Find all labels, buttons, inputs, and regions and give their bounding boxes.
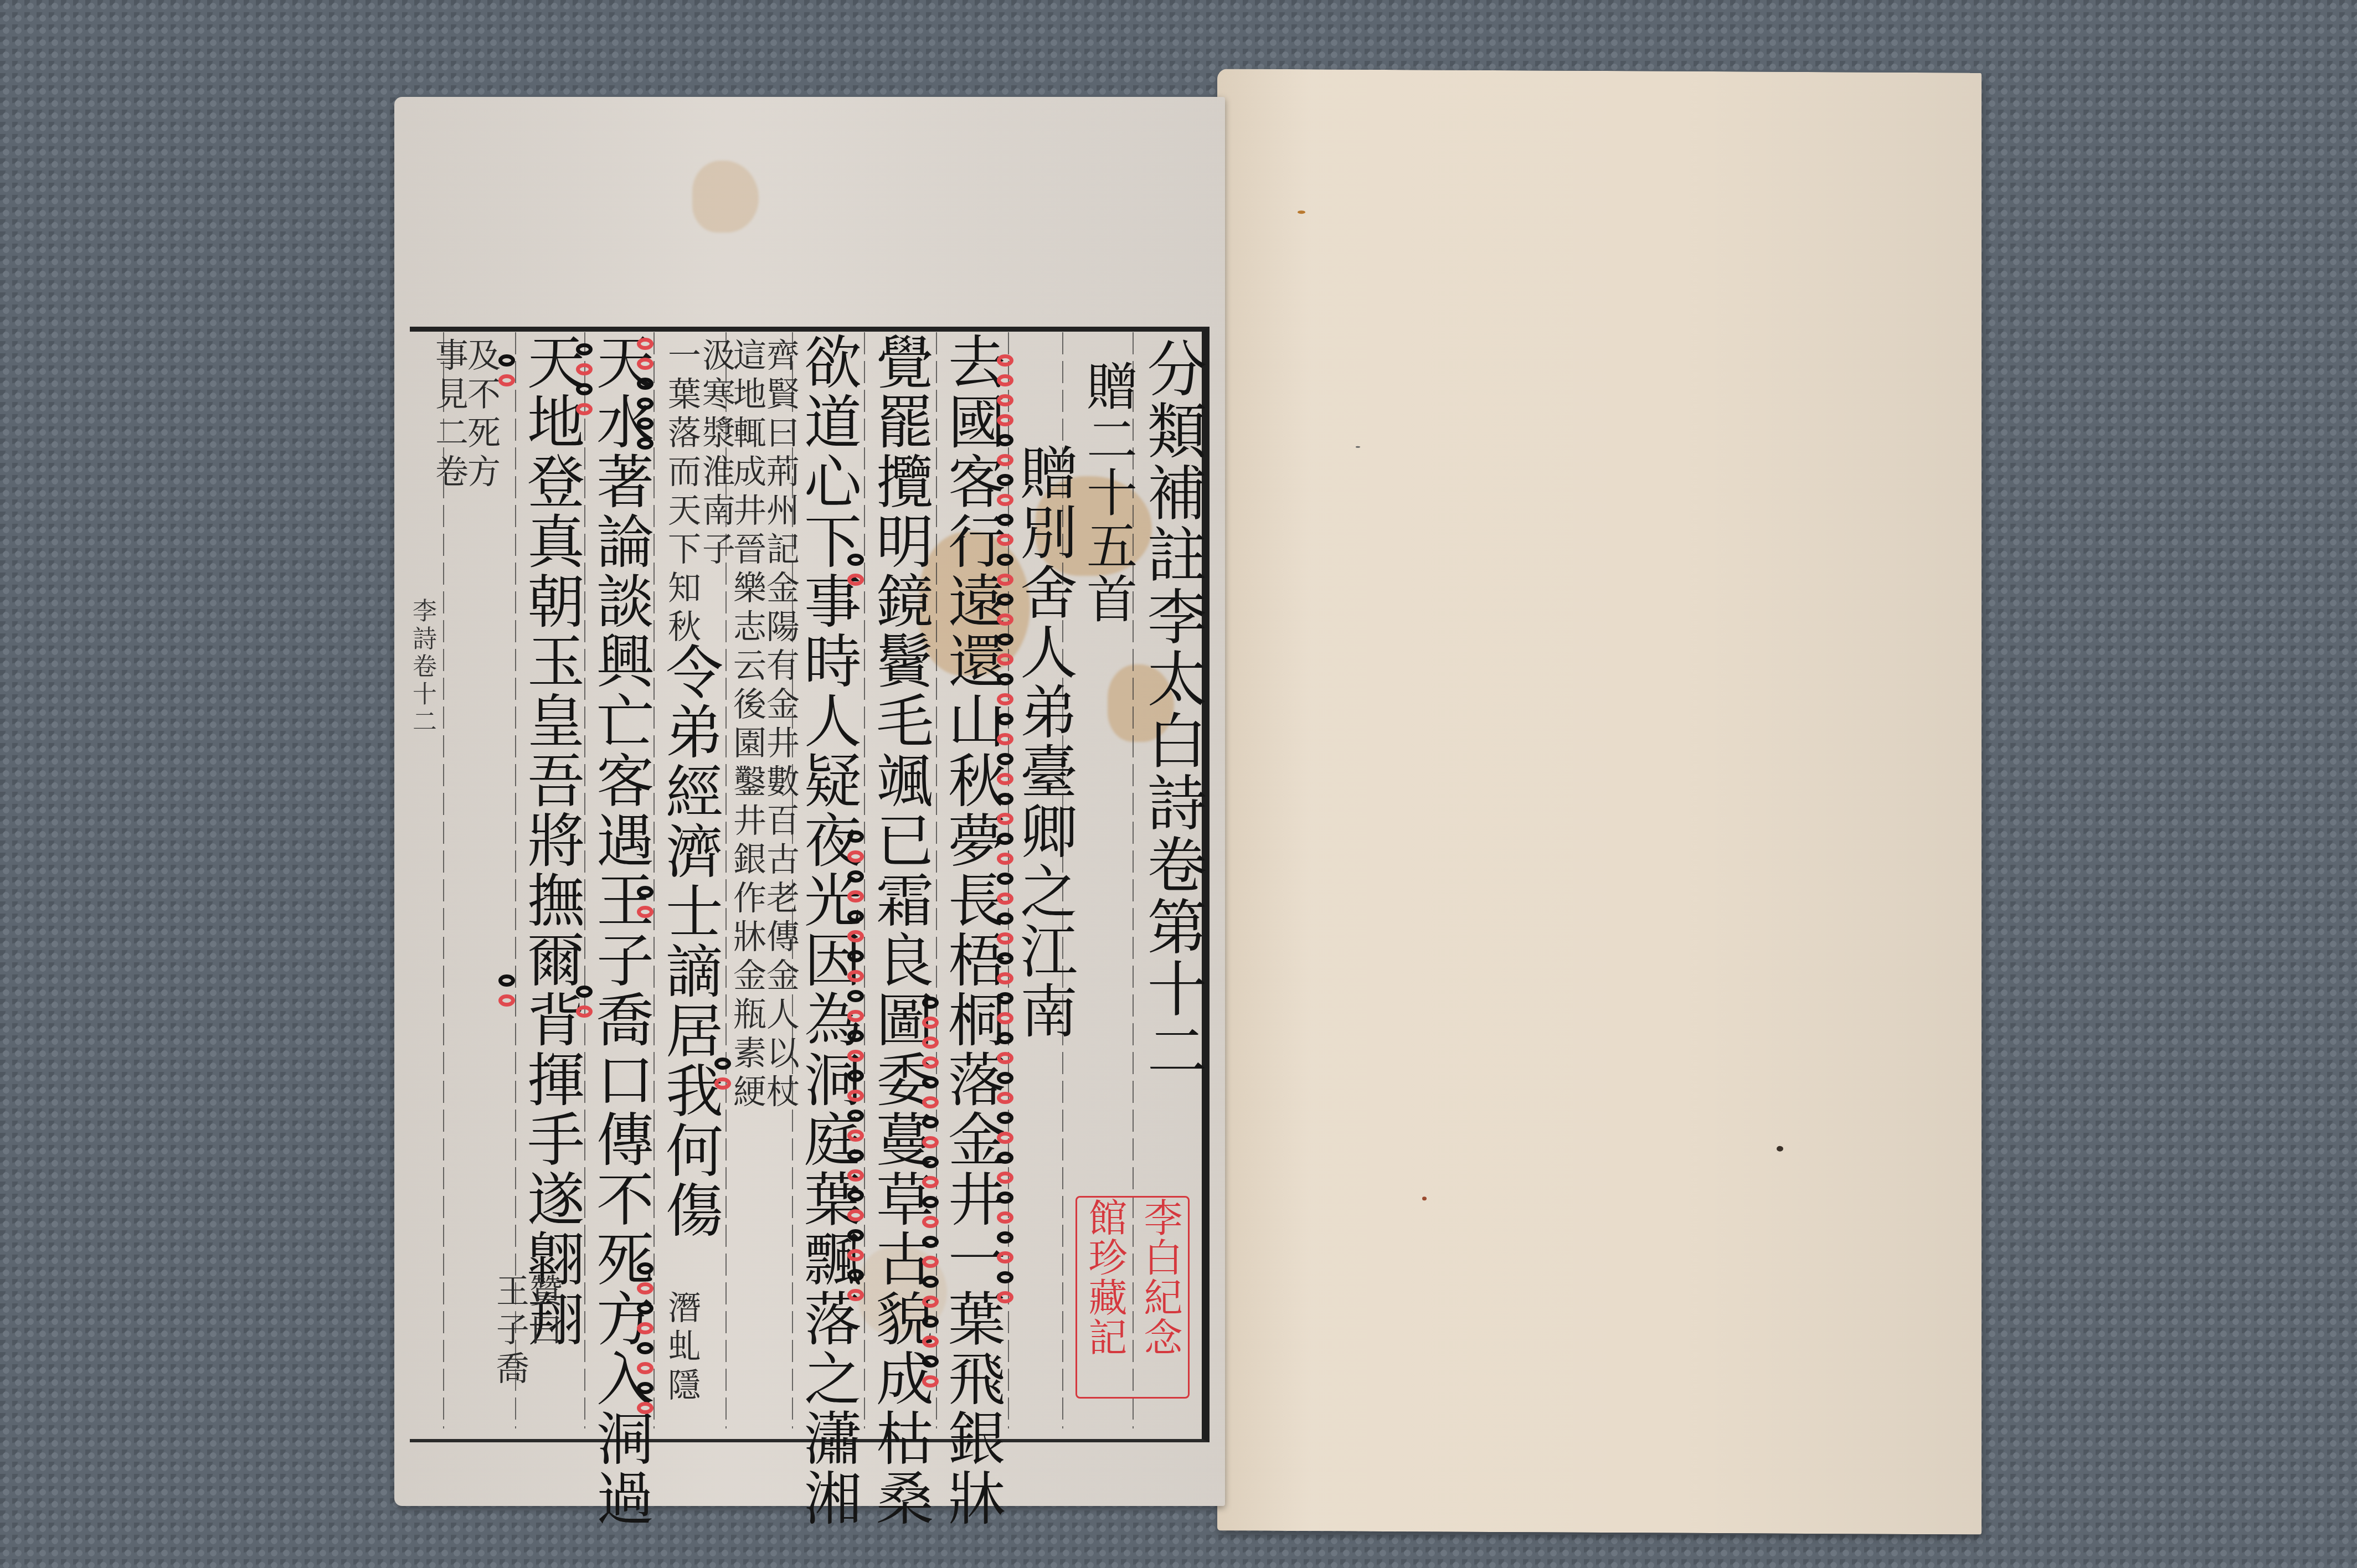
punctuation-marks bbox=[637, 886, 666, 926]
punctuation-marks bbox=[498, 974, 527, 1014]
volume-title: 分類補註李太白詩卷第十二 bbox=[1141, 338, 1202, 1082]
commentary-tail: 潛虬隱 bbox=[665, 1290, 699, 1406]
punctuation-marks bbox=[847, 831, 876, 1309]
commentary-left: 王子喬 bbox=[493, 1273, 527, 1390]
commentary-right: 及不死方 bbox=[464, 338, 498, 493]
paper-speck bbox=[1356, 446, 1360, 448]
punctuation-marks bbox=[922, 997, 951, 1395]
punctuation-marks bbox=[576, 986, 605, 1025]
water-stain bbox=[692, 161, 759, 233]
collector-seal: 李白紀念 館珍藏記 bbox=[1075, 1196, 1190, 1399]
poem-line-4: 令弟經濟士謫居我何傷 bbox=[659, 642, 720, 1240]
banxin-label: 李詩卷十二 bbox=[404, 598, 440, 736]
column-rule bbox=[515, 332, 516, 1428]
commentary-right: 齊賢曰荊州記金陽有金井數百古老傳金人以杖 bbox=[763, 338, 797, 1113]
punctuation-marks bbox=[637, 1262, 666, 1422]
commentary-left: 一葉落而天下知秋 bbox=[665, 338, 699, 648]
commentary-right: 汲寒漿淮南子 bbox=[699, 338, 733, 570]
right-blank-page bbox=[1217, 69, 1982, 1534]
punctuation-marks bbox=[576, 343, 605, 423]
paper-speck bbox=[1422, 1196, 1427, 1200]
commentary-left: 事見二卷 bbox=[432, 338, 466, 493]
punctuation-marks bbox=[714, 1058, 743, 1097]
commentary-right: 贊曰 bbox=[526, 1273, 560, 1351]
poem-line-6: 天地登真朝玉皇吾將撫爾背揮手遂翺翔 bbox=[521, 332, 581, 1349]
punctuation-marks bbox=[997, 354, 1026, 1311]
section-heading: 贈二十五首 bbox=[1080, 360, 1135, 626]
paper-speck bbox=[1777, 1146, 1783, 1152]
seal-text-right: 李白紀念 bbox=[1136, 1198, 1184, 1397]
column-rule bbox=[443, 332, 444, 1428]
poem-line-2: 覺罷攬明鏡鬢毛颯已霜良圖委蔓草古貌成枯桑 bbox=[869, 332, 930, 1528]
paper-speck bbox=[1298, 210, 1305, 214]
seal-text-left: 館珍藏記 bbox=[1081, 1198, 1129, 1397]
punctuation-marks bbox=[498, 354, 527, 394]
punctuation-marks bbox=[637, 338, 666, 457]
punctuation-marks bbox=[847, 554, 876, 594]
